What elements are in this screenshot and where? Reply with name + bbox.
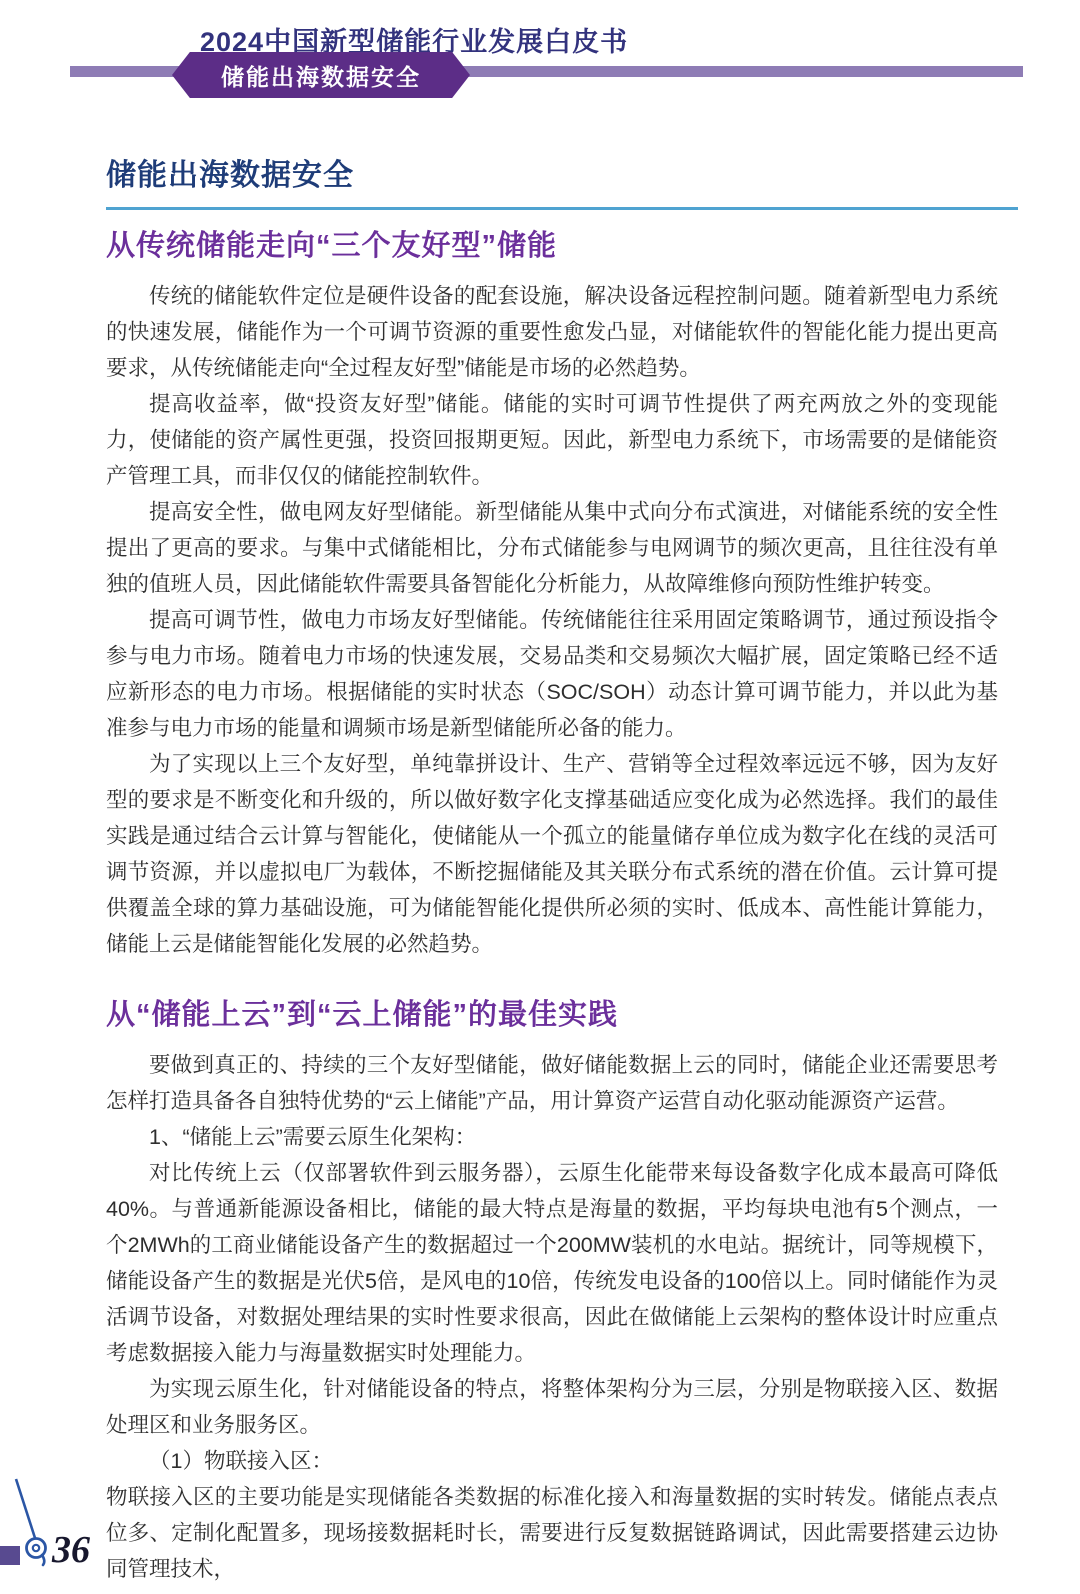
- section-divider: [106, 207, 1018, 210]
- paragraph: 提高可调节性，做电力市场友好型储能。传统储能往往采用固定策略调节，通过预设指令参…: [106, 602, 998, 746]
- list-item-iot-zone: （1）物联接入区：: [106, 1443, 998, 1479]
- subsection-heading-three-friendly: 从传统储能走向“三个友好型”储能: [106, 223, 1018, 264]
- paragraph: 为了实现以上三个友好型，单纯靠拼设计、生产、营销等全过程效率远远不够，因为友好型…: [106, 746, 998, 962]
- paragraph: 提高安全性，做电网友好型储能。新型储能从集中式向分布式演进，对储能系统的安全性提…: [106, 494, 998, 602]
- chapter-badge-label: 储能出海数据安全: [221, 59, 421, 92]
- subsection-heading-best-practice: 从“储能上云”到“云上储能”的最佳实践: [106, 992, 1018, 1033]
- list-item-1: 1、“储能上云”需要云原生化架构：: [106, 1119, 998, 1155]
- paragraph: 提高收益率，做“投资友好型”储能。储能的实时可调节性提供了两充两放之外的变现能力…: [106, 386, 998, 494]
- paragraph: 传统的储能软件定位是硬件设备的配套设施，解决设备远程控制问题。随着新型电力系统的…: [106, 278, 998, 386]
- chapter-badge: 储能出海数据安全: [172, 52, 470, 98]
- section-title: 储能出海数据安全: [106, 150, 1018, 194]
- section-2-body: 要做到真正的、持续的三个友好型储能，做好储能数据上云的同时，储能企业还需要思考怎…: [106, 1047, 1018, 1587]
- section-1-body: 传统的储能软件定位是硬件设备的配套设施，解决设备远程控制问题。随着新型电力系统的…: [106, 278, 1018, 962]
- paragraph: 物联接入区的主要功能是实现储能各类数据的标准化接入和海量数据的实时转发。储能点表…: [106, 1479, 998, 1587]
- page-number: 36: [52, 1528, 90, 1572]
- document-page: 2024中国新型储能行业发展白皮书 储能出海数据安全 储能出海数据安全 从传统储…: [0, 0, 1080, 1594]
- paragraph: 对比传统上云（仅部署软件到云服务器），云原生化能带来每设备数字化成本最高可降低 …: [106, 1155, 998, 1371]
- paragraph: 为实现云原生化，针对储能设备的特点，将整体架构分为三层，分别是物联接入区、数据处…: [106, 1371, 998, 1443]
- paragraph: 要做到真正的、持续的三个友好型储能，做好储能数据上云的同时，储能企业还需要思考怎…: [106, 1047, 998, 1119]
- page-content: 储能出海数据安全 从传统储能走向“三个友好型”储能 传统的储能软件定位是硬件设备…: [106, 150, 1018, 1587]
